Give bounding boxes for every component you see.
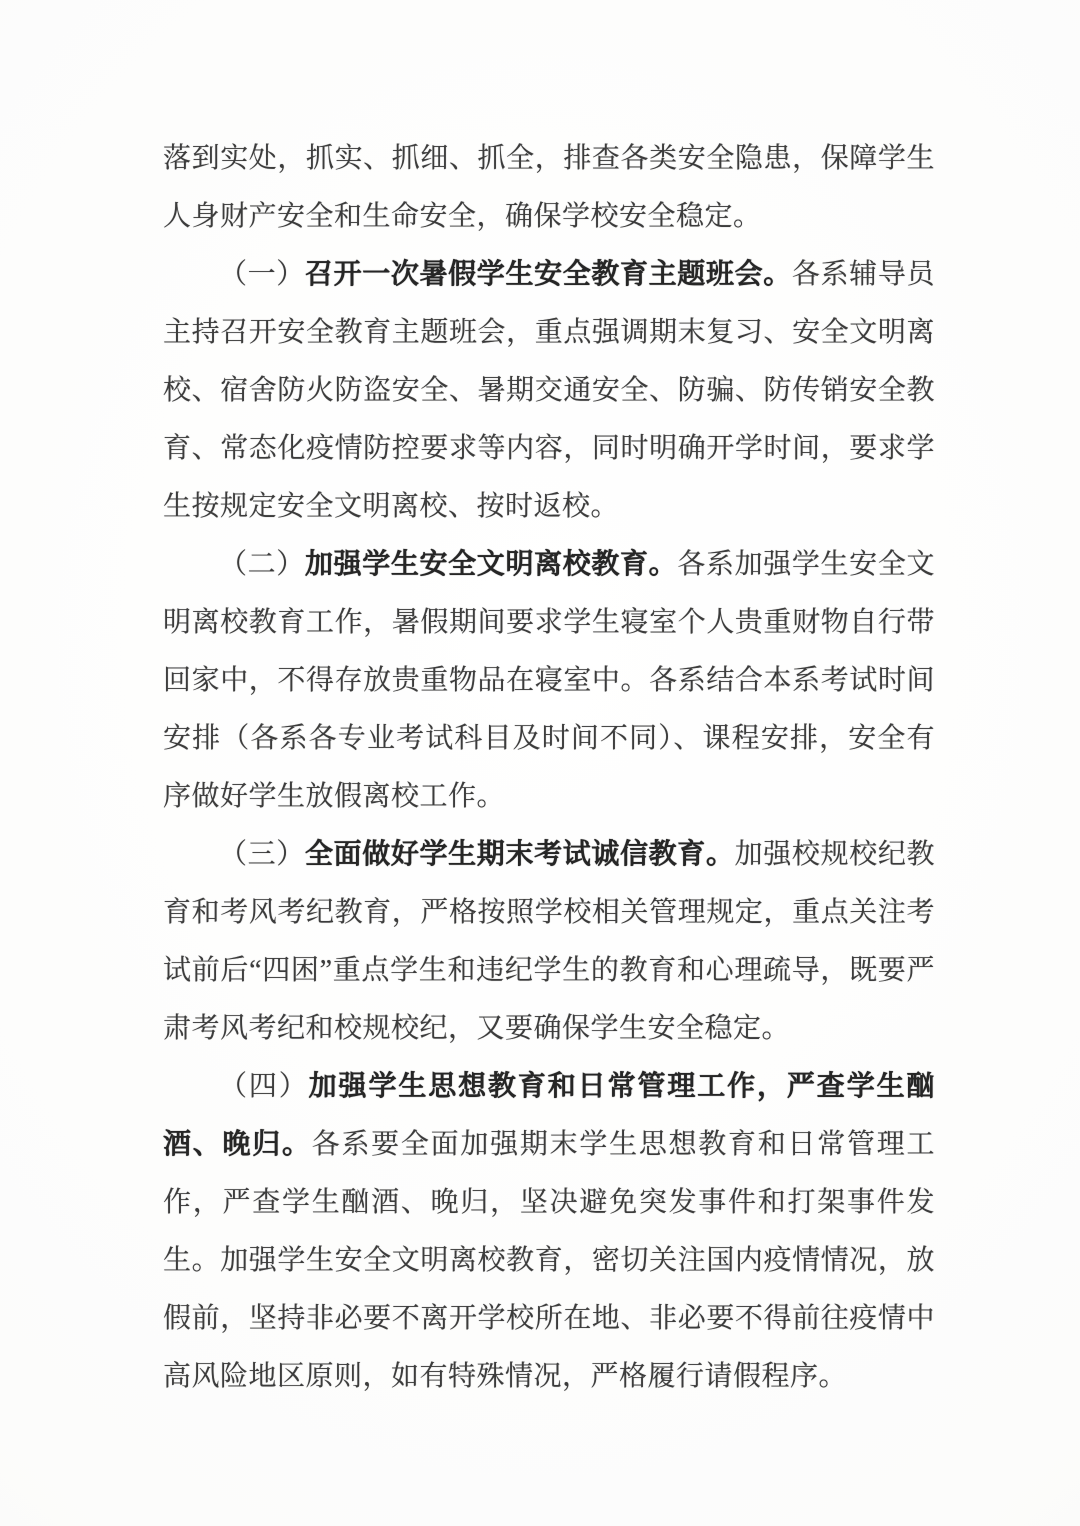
paragraph-body: 各系加强学生安全文明离校教育工作，暑假期间要求学生寝室个人贵重财物自行带回家中，… [163, 549, 935, 812]
item-number: （二） [219, 549, 305, 580]
item-number: （一） [219, 259, 305, 290]
paragraph-continuation: 落到实处，抓实、抓细、抓全，排查各类安全隐患，保障学生人身财产安全和生命安全，确… [163, 130, 935, 246]
paragraph-body: 各系要全面加强期末学生思想教育和日常管理工作，严查学生酗酒、晚归，坚决避免突发事… [163, 1129, 935, 1392]
paragraph-item-2: （二）加强学生安全文明离校教育。各系加强学生安全文明离校教育工作，暑假期间要求学… [163, 536, 935, 826]
paragraph-item-1: （一）召开一次暑假学生安全教育主题班会。各系辅导员主持召开安全教育主题班会，重点… [163, 246, 935, 536]
document-page: 落到实处，抓实、抓细、抓全，排查各类安全隐患，保障学生人身财产安全和生命安全，确… [0, 0, 1080, 1526]
paragraph-body: 各系辅导员主持召开安全教育主题班会，重点强调期末复习、安全文明离校、宿舍防火防盗… [163, 259, 935, 522]
item-heading: 全面做好学生期末考试诚信教育。 [305, 839, 735, 870]
item-number: （四） [219, 1071, 309, 1102]
item-number: （三） [219, 839, 305, 870]
item-heading: 召开一次暑假学生安全教育主题班会。 [305, 259, 792, 290]
item-heading: 加强学生安全文明离校教育。 [305, 549, 677, 580]
document-text-block: 落到实处，抓实、抓细、抓全，排查各类安全隐患，保障学生人身财产安全和生命安全，确… [163, 130, 935, 1406]
paragraph-item-4: （四）加强学生思想教育和日常管理工作，严查学生酗酒、晚归。各系要全面加强期末学生… [163, 1058, 935, 1406]
paragraph-item-3: （三）全面做好学生期末考试诚信教育。加强校规校纪教育和考风考纪教育，严格按照学校… [163, 826, 935, 1058]
paragraph-body: 落到实处，抓实、抓细、抓全，排查各类安全隐患，保障学生人身财产安全和生命安全，确… [163, 143, 935, 232]
